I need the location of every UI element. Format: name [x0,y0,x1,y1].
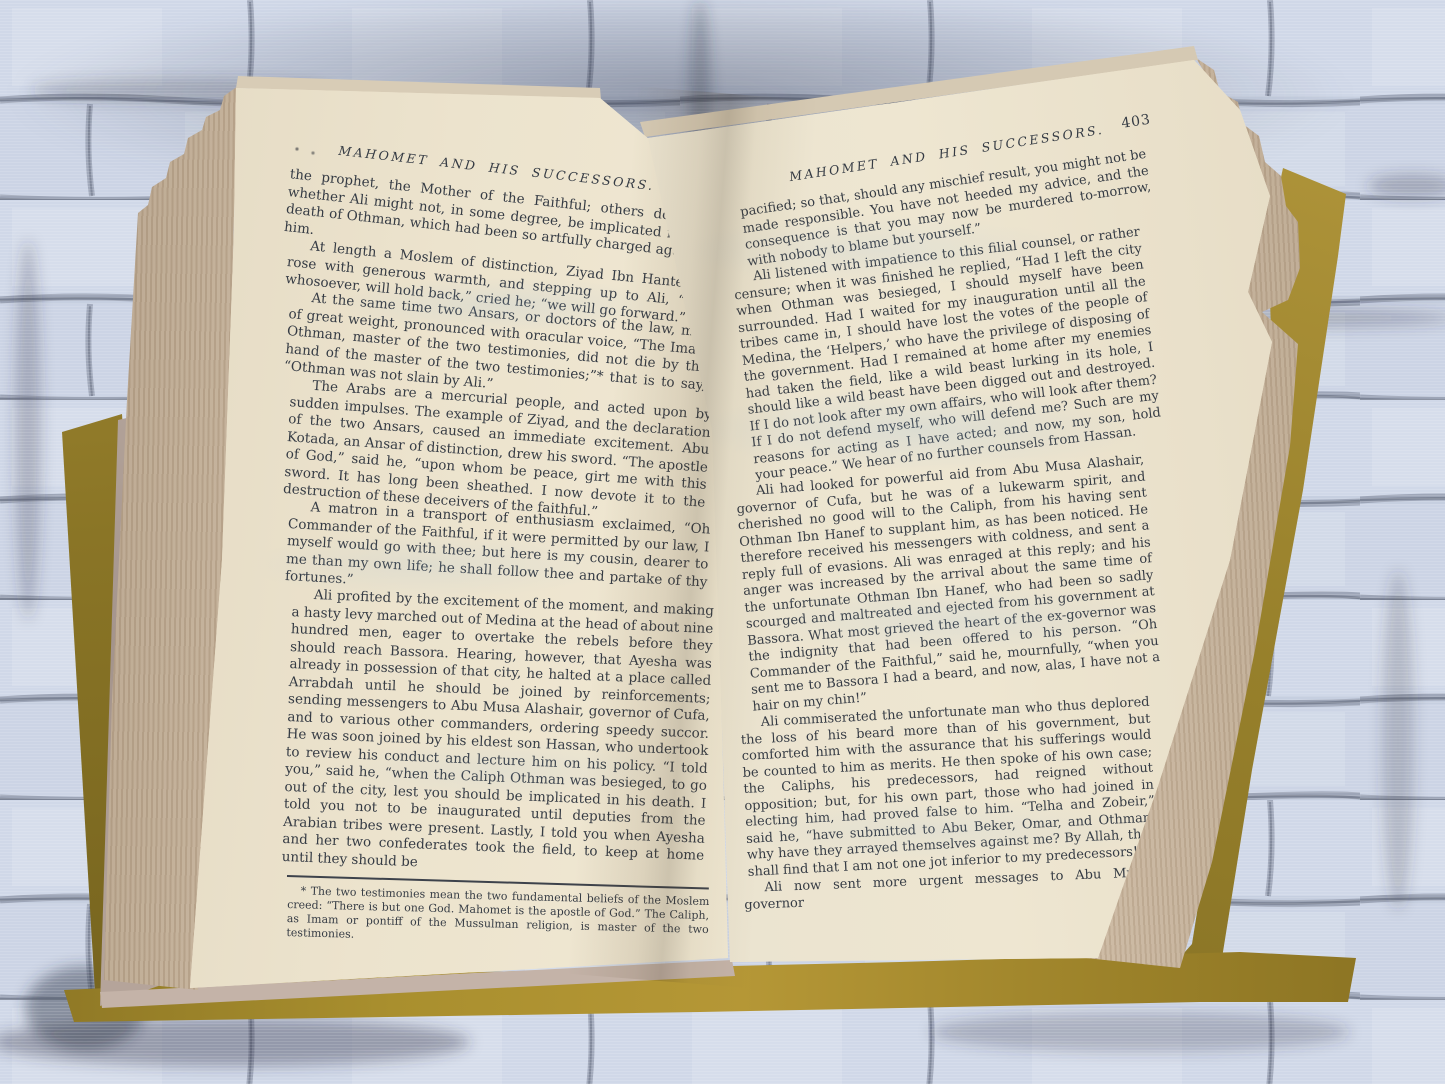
book-photo: MAHOMET AND HIS SUCCESSORS. the prophet,… [0,0,1445,1084]
right-page-text-block: MAHOMET AND HIS SUCCESSORS. 403 pacified… [744,176,1154,914]
paragraph: Ali commiserated the unfortunate man who… [740,695,1158,881]
paragraph: Ali listened with impatience to this fil… [732,224,1164,484]
paragraph: Ali profited by the excitement of the mo… [281,586,714,883]
footnote: * The two testimonies mean the two funda… [286,884,709,951]
left-page-text-block: MAHOMET AND HIS SUCCESSORS. the prophet,… [287,136,709,940]
paragraph: Ali had looked for powerful aid from Abu… [735,452,1162,715]
open-book: MAHOMET AND HIS SUCCESSORS. the prophet,… [0,0,1445,1084]
